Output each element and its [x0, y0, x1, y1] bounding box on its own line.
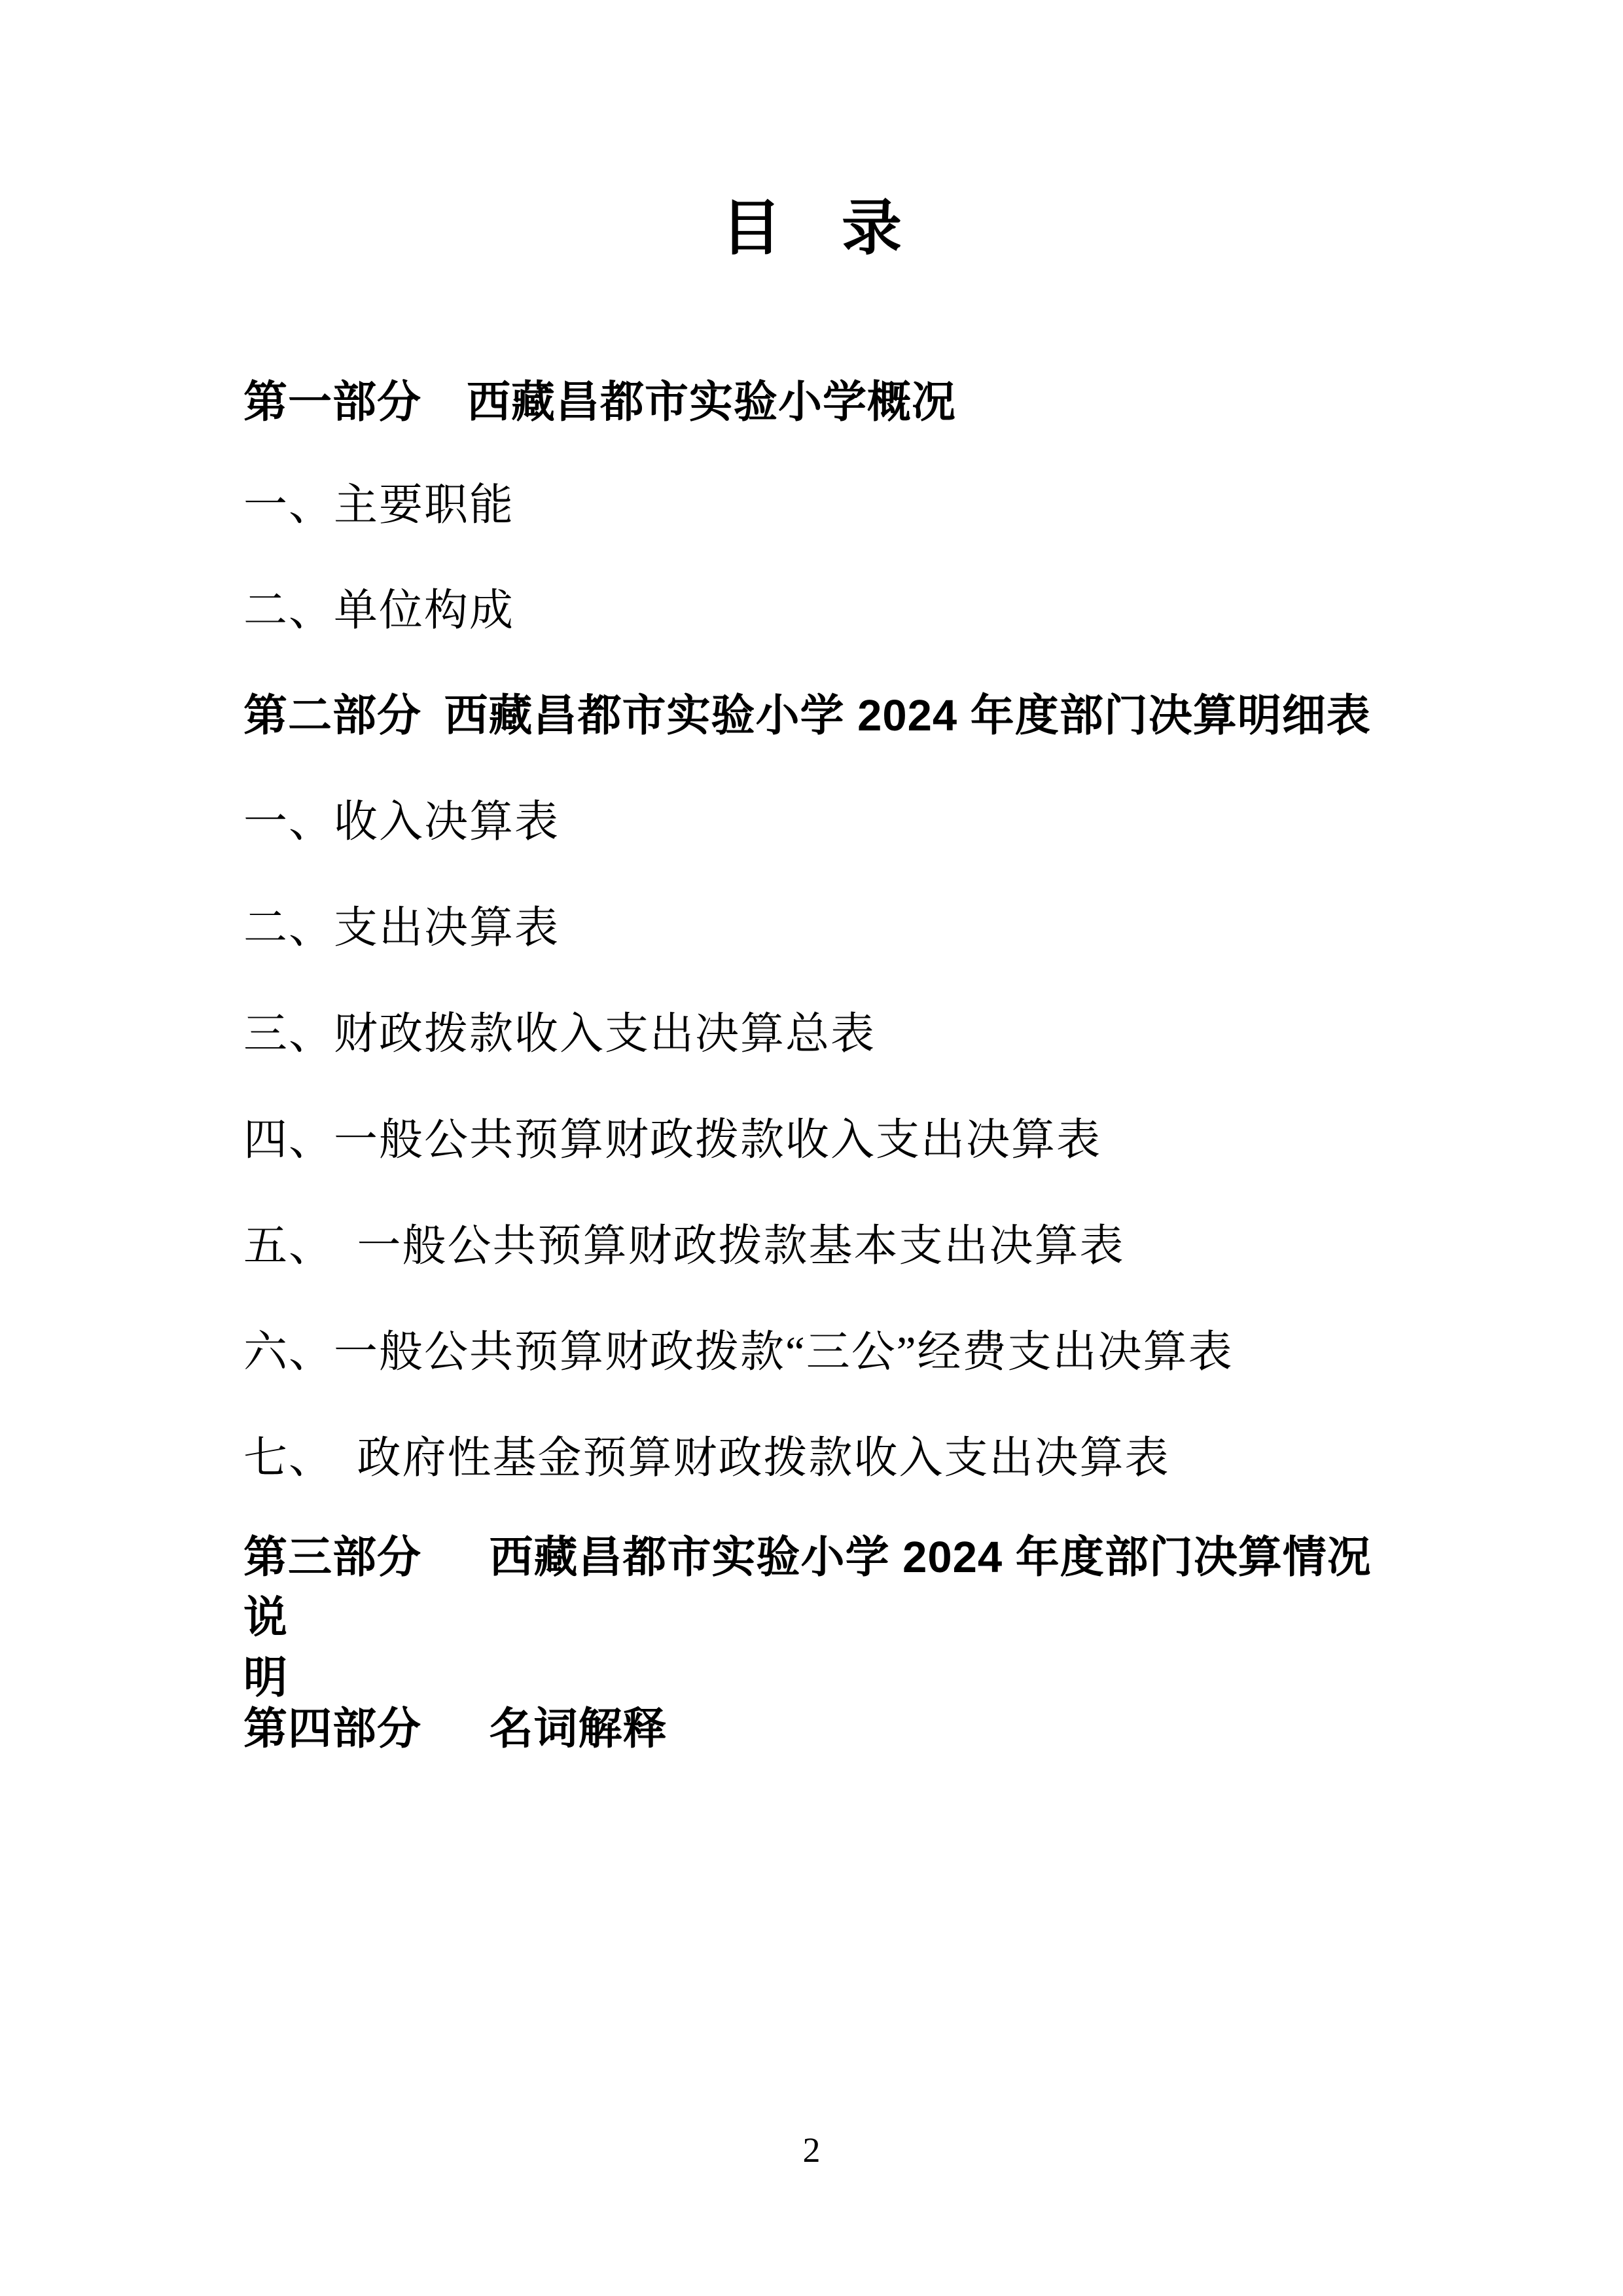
toc-part2-item-6: 六、一般公共预算财政拨款“三公”经费支出决算表: [243, 1322, 1405, 1382]
toc-part3-heading: 第三部分 西藏昌都市实验小学 2024 年度部门决算情况说 明: [243, 1528, 1405, 1708]
toc-part4-heading: 第四部分 名词解释: [243, 1699, 1405, 1759]
toc-part1-item-2: 二、单位构成: [243, 581, 1405, 641]
toc-part2-item-1: 一、收入决算表: [243, 792, 1405, 852]
toc-part2-item-5: 五、 一般公共预算财政拨款基本支出决算表: [243, 1216, 1405, 1276]
toc-part1-item-1: 一、主要职能: [243, 475, 1405, 535]
page-number: 2: [0, 2127, 1623, 2173]
page-title: 目 录: [0, 192, 1623, 264]
toc-part2-item-3: 三、财政拨款收入支出决算总表: [243, 1004, 1405, 1064]
toc-part2-item-2: 二、支出决算表: [243, 898, 1405, 958]
toc-part1-heading: 第一部分 西藏昌都市实验小学概况: [243, 372, 1405, 433]
document-page: 目 录 第一部分 西藏昌都市实验小学概况 一、主要职能 二、单位构成 第二部分 …: [0, 0, 1623, 2296]
toc-part2-heading: 第二部分 西藏昌都市实验小学 2024 年度部门决算明细表: [243, 686, 1405, 746]
toc-part2-item-7: 七、 政府性基金预算财政拨款收入支出决算表: [243, 1428, 1405, 1488]
toc-part2-item-4: 四、一般公共预算财政拨款收入支出决算表: [243, 1110, 1405, 1170]
